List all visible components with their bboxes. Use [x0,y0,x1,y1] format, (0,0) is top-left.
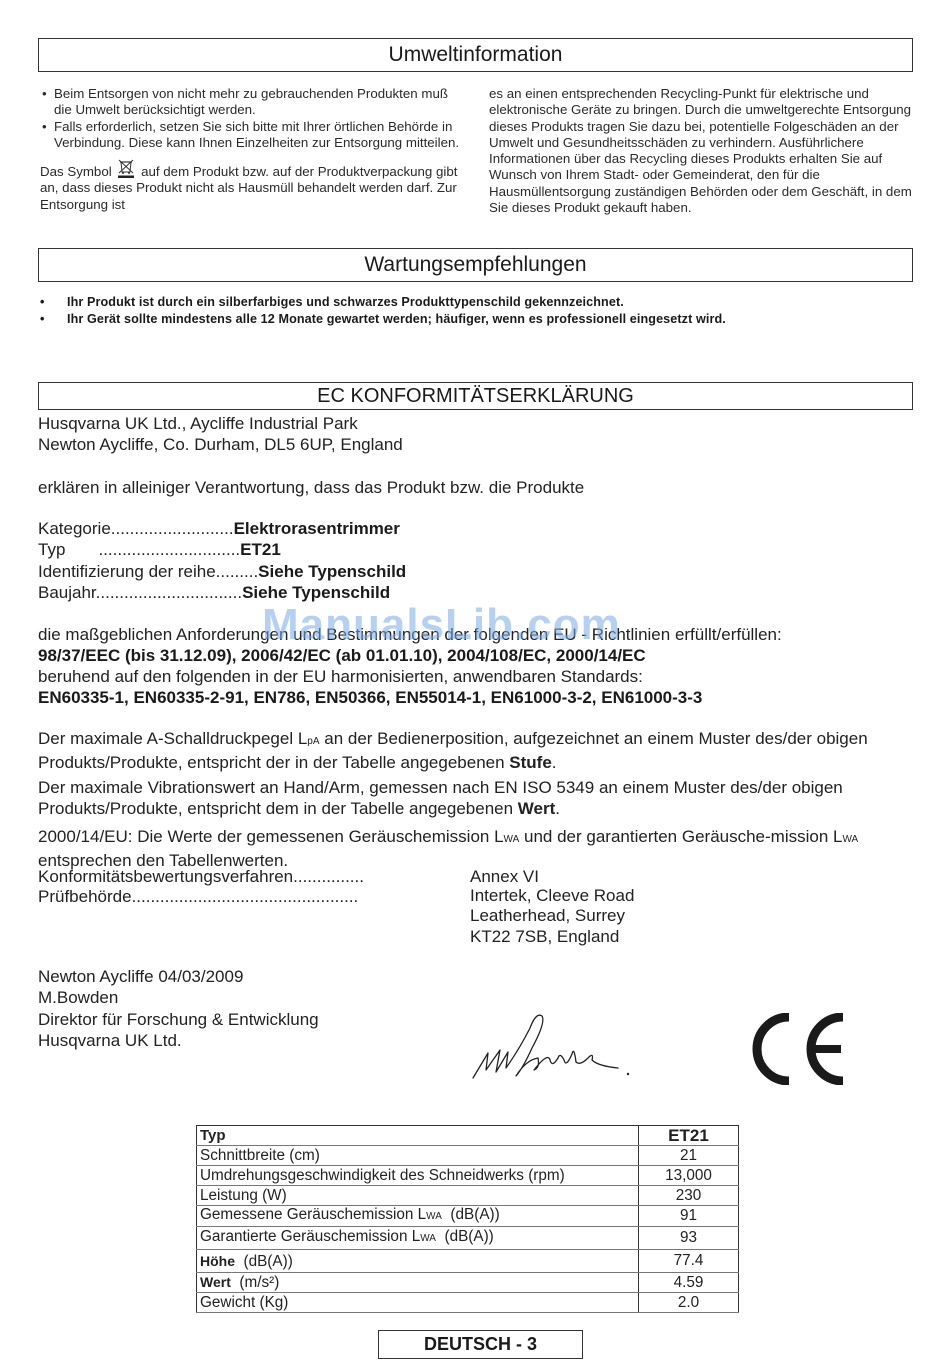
label-text: Schnittbreite (cm) [200,1147,320,1164]
table-row: Wert (m/s²)4.59 [197,1273,739,1293]
standards-list: EN60335-1, EN60335-2-91, EN786, EN50366,… [38,687,702,708]
label-unit: (dB(A)) [436,1228,494,1245]
label-bold: Wert [200,1274,231,1290]
authority-label: Prüfbehörde.............................… [38,886,358,907]
table-row: Höhe (dB(A))77.4 [197,1250,739,1273]
umwelt-bullet-list: Beim Entsorgen von nicht mehr zu gebrauc… [40,86,465,151]
bold-term: Wert [518,799,555,818]
table-header-row: Typ ET21 [197,1126,739,1146]
wartung-bullet: Ihr Gerät sollte mindestens alle 12 Mona… [40,311,920,328]
sound-pressure-paragraph: Der maximale A-Schalldruckpegel LpA an d… [38,728,918,773]
umwelt-bullet: Beim Entsorgen von nicht mehr zu gebrauc… [40,86,465,119]
table-cell-label: Schnittbreite (cm) [197,1146,639,1166]
text: . [555,799,560,818]
text: . [552,753,557,772]
field-label: Identifizierung der reihe......... [38,562,258,581]
authority-line: KT22 7SB, England [470,927,634,947]
text: und der garantierten Geräusche-mission L [519,827,842,846]
table-cell-value: 13,000 [639,1166,739,1186]
noise-emission-paragraph: 2000/14/EU: Die Werte der gemessenen Ger… [38,826,918,871]
field-label: Kategorie.......................... [38,519,234,538]
label-text: Umdrehungsgeschwindigkeit des Schneidwer… [200,1167,565,1184]
table-row: Garantierte Geräuschemission LWA (dB(A))… [197,1227,739,1250]
label-text: Leistung (W) [200,1187,287,1204]
text: Der maximale A-Schalldruckpegel L [38,729,307,748]
label-unit: (dB(A)) [235,1253,293,1270]
table-cell-value: 91 [639,1206,739,1227]
address-line: Newton Aycliffe, Co. Durham, DL5 6UP, En… [38,434,403,455]
table-cell-label: Wert (m/s²) [197,1273,639,1293]
procedure-value: Annex VI [470,866,539,887]
ce-mark-icon [747,1013,847,1085]
subscript: pA [307,736,319,747]
address-line: Husqvarna UK Ltd., Aycliffe Industrial P… [38,413,403,434]
label-text: Gewicht (Kg) [200,1294,288,1311]
label-text: Gemessene Geräuschemission L [200,1206,426,1223]
authority-line: Leatherhead, Surrey [470,906,634,926]
specifications-table: Typ ET21 Schnittbreite (cm)21Umdrehungsg… [196,1125,739,1313]
page-number-label: DEUTSCH - 3 [378,1330,583,1359]
manufacturer-address: Husqvarna UK Ltd., Aycliffe Industrial P… [38,413,403,455]
symbol-text-before: Das Symbol [40,164,112,179]
table-cell-label: Umdrehungsgeschwindigkeit des Schneidwer… [197,1166,639,1186]
label-bold: Höhe [200,1253,235,1269]
table-cell-label: Garantierte Geräuschemission LWA (dB(A)) [197,1227,639,1250]
field-label: Baujahr............................... [38,583,242,602]
wartung-bullet-list: Ihr Produkt ist durch ein silberfarbiges… [40,294,920,328]
table-cell-label: Leistung (W) [197,1186,639,1206]
authority-address: Intertek, Cleeve Road Leatherhead, Surre… [470,886,634,947]
symbol-paragraph: Das Symbol auf dem Produkt bzw. auf der … [40,159,465,213]
field-kategorie: Kategorie..........................Elekt… [38,519,400,540]
requirements-line: die maßgeblichen Anforderungen und Besti… [38,624,782,645]
authority-line: Intertek, Cleeve Road [470,886,634,906]
table-cell-value: 21 [639,1146,739,1166]
signer-name: M.Bowden [38,987,118,1008]
table-row: Gemessene Geräuschemission LWA (dB(A))91 [197,1206,739,1227]
umwelt-right-column: es an einen entsprechenden Recycling-Pun… [489,86,919,216]
label-text: Garantierte Geräuschemission L [200,1228,420,1245]
field-value: Elektrorasentrimmer [234,519,400,538]
field-value: ET21 [240,540,281,559]
subscript: WA [504,834,520,845]
field-value: Siehe Typenschild [258,562,406,581]
signer-title: Direktor für Forschung & Entwicklung [38,1009,319,1030]
table-row: Gewicht (Kg)2.0 [197,1293,739,1313]
text: 2000/14/EU: Die Werte der gemessenen Ger… [38,827,504,846]
table-row: Umdrehungsgeschwindigkeit des Schneidwer… [197,1166,739,1186]
field-typ: Typ ..............................ET21 [38,540,281,561]
directives-list: 98/37/EEC (bis 31.12.09), 2006/42/EC (ab… [38,645,646,666]
text: Der maximale Vibrationswert an Hand/Arm,… [38,778,843,818]
table-cell-value: 230 [639,1186,739,1206]
field-value: Siehe Typenschild [242,583,390,602]
wartung-bullet: Ihr Produkt ist durch ein silberfarbiges… [40,294,920,311]
harmonised-standards-line: beruhend auf den folgenden in der EU har… [38,666,643,687]
table-cell-label: Höhe (dB(A)) [197,1250,639,1273]
bold-term: Stufe [509,753,552,772]
table-header-model: ET21 [639,1126,739,1146]
signer-company: Husqvarna UK Ltd. [38,1030,182,1051]
label-unit: (m/s²) [231,1274,279,1291]
field-label: Typ .............................. [38,540,240,559]
table-cell-label: Gewicht (Kg) [197,1293,639,1313]
umwelt-left-column: Beim Entsorgen von nicht mehr zu gebrauc… [40,86,465,213]
subscript: WA [426,1211,442,1222]
subscript: WA [420,1233,436,1244]
table-row: Schnittbreite (cm)21 [197,1146,739,1166]
umwelt-bullet: Falls erforderlich, setzen Sie sich bitt… [40,119,465,152]
field-baujahr: Baujahr...............................Si… [38,583,390,604]
section-header-wartungsempfehlungen: Wartungsempfehlungen [38,248,913,282]
section-header-umweltinformation: Umweltinformation [38,38,913,72]
table-cell-value: 93 [639,1227,739,1250]
label-unit: (dB(A)) [442,1206,500,1223]
subscript: WA [842,834,858,845]
signature-icon [468,1008,638,1086]
table-cell-value: 77.4 [639,1250,739,1273]
crossed-out-wheelie-bin-icon [117,159,135,179]
procedure-label: Konformitätsbewertungsverfahren.........… [38,866,364,887]
table-cell-value: 2.0 [639,1293,739,1313]
declaration-text: erklären in alleiniger Verantwortung, da… [38,477,584,498]
vibration-paragraph: Der maximale Vibrationswert an Hand/Arm,… [38,777,918,819]
table-cell-label: Gemessene Geräuschemission LWA (dB(A)) [197,1206,639,1227]
field-identifizierung: Identifizierung der reihe.........Siehe … [38,562,406,583]
place-date: Newton Aycliffe 04/03/2009 [38,966,243,987]
section-header-ec-declaration: EC KONFORMITÄTSERKLÄRUNG [38,382,913,410]
table-header-label: Typ [197,1126,639,1146]
table-cell-value: 4.59 [639,1273,739,1293]
table-row: Leistung (W)230 [197,1186,739,1206]
